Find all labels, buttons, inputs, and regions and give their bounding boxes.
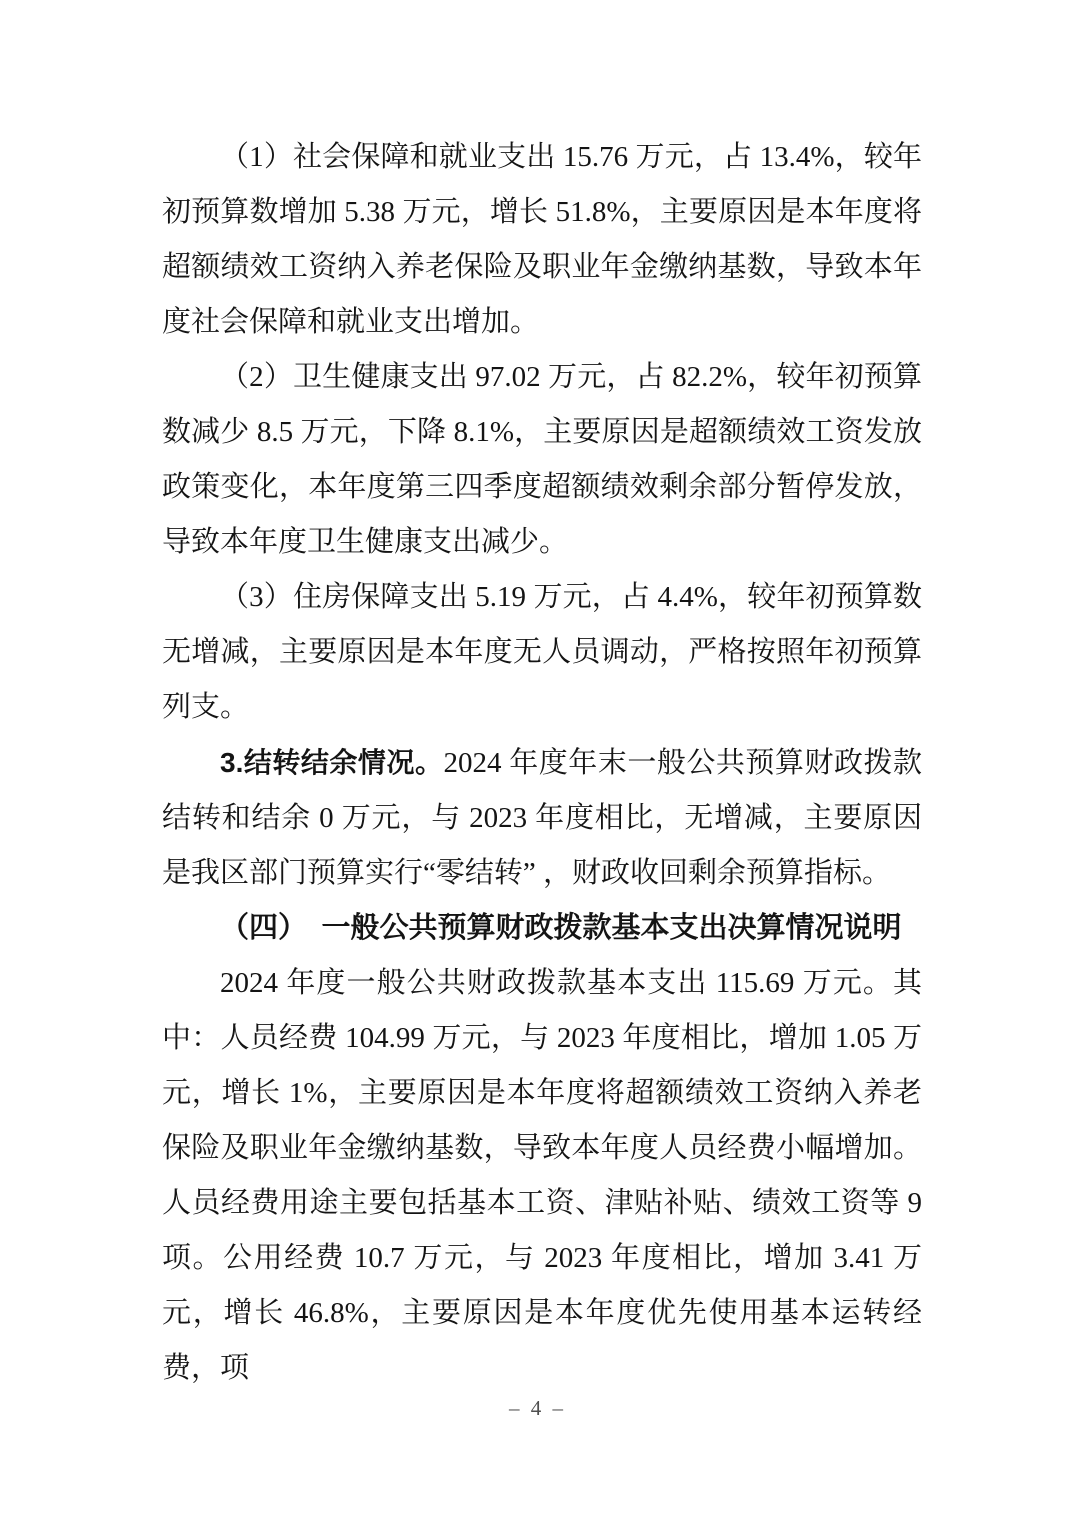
document-page: （1）社会保障和就业支出 15.76 万元，占 13.4%，较年初预算数增加 5…	[0, 0, 1075, 1520]
paragraph-basic-expenditure-detail: 2024 年度一般公共财政拨款基本支出 115.69 万元。其中：人员经费 10…	[162, 956, 922, 1396]
page-number: – 4 –	[509, 1396, 566, 1420]
page-footer: – 4 –	[0, 1396, 1075, 1421]
paragraph-health-expenditure: （2）卫生健康支出 97.02 万元，占 82.2%，较年初预算数减少 8.5 …	[162, 350, 922, 570]
document-body: （1）社会保障和就业支出 15.76 万元，占 13.4%，较年初预算数增加 5…	[162, 130, 922, 1396]
section-heading-basic-expenditure: （四） 一般公共预算财政拨款基本支出决算情况说明	[162, 901, 922, 956]
carryover-balance-lead-heading: 3.结转结余情况。	[220, 747, 444, 778]
paragraph-housing-expenditure: （3）住房保障支出 5.19 万元，占 4.4%，较年初预算数无增减，主要原因是…	[162, 570, 922, 735]
paragraph-carryover-balance: 3.结转结余情况。2024 年度年末一般公共预算财政拨款结转和结余 0 万元，与…	[162, 735, 922, 901]
paragraph-social-security-expenditure: （1）社会保障和就业支出 15.76 万元，占 13.4%，较年初预算数增加 5…	[162, 130, 922, 350]
